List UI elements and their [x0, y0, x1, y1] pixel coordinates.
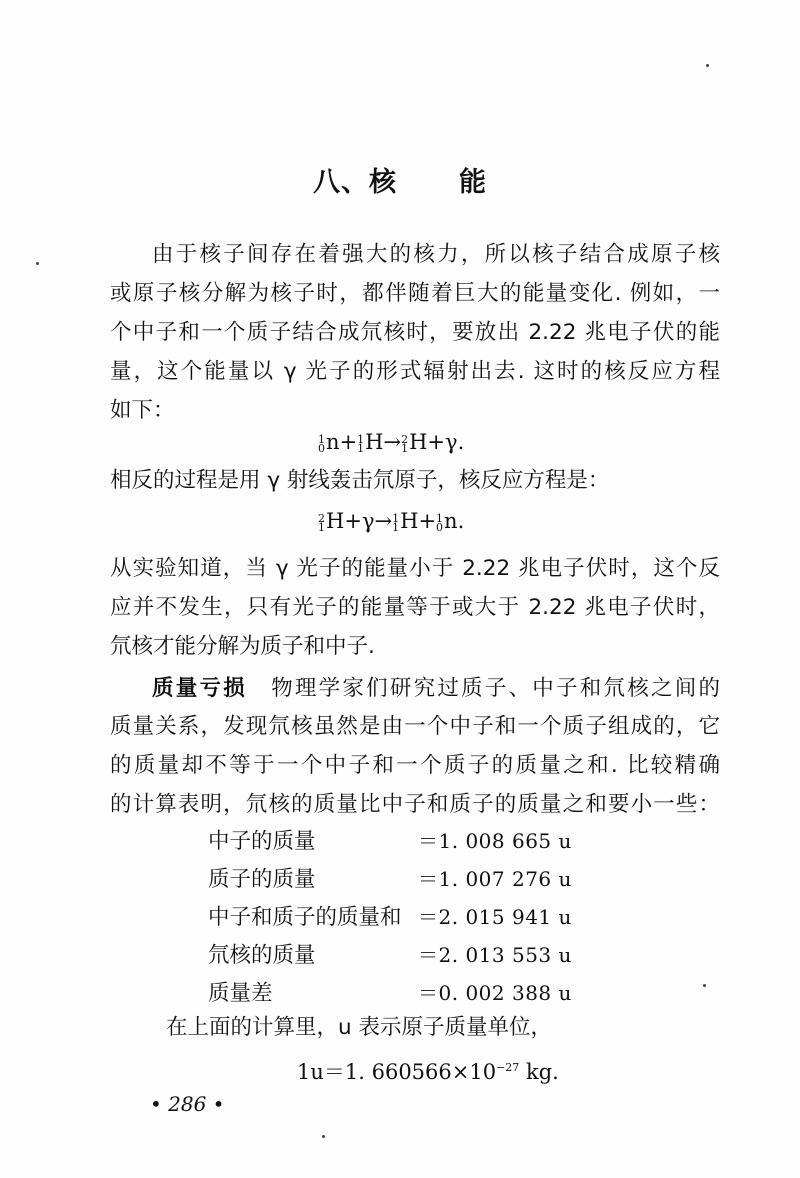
- mass-row: 氘核的质量＝2. 013 553 u: [208, 934, 572, 972]
- paragraph-line: 由于核子间存在着强大的核力，所以核子结合成原子核: [152, 240, 720, 270]
- chapter-title: 八、核能: [0, 160, 800, 199]
- scan-speck: [36, 262, 39, 265]
- paragraph-line: 应并不发生，只有光子的能量等于或大于 2.22 兆电子伏时，: [110, 593, 720, 623]
- mass-row: 质量差＝0. 002 388 u: [208, 972, 572, 1010]
- paragraph-line: 个中子和一个质子结合成氘核时，要放出 2.22 兆电子伏的能: [110, 318, 720, 348]
- paragraph-line: 质量关系，发现氘核虽然是由一个中子和一个质子组成的，它: [110, 712, 720, 742]
- page-number: • 286 •: [150, 1092, 224, 1116]
- paragraph-line: 如下：: [110, 396, 720, 426]
- paragraph-line: 的质量却不等于一个中子和一个质子的质量之和. 比较精确: [110, 751, 720, 781]
- atomic-mass-unit-equation: 1u＝1. 660566×10−27 kg.: [297, 1053, 559, 1087]
- book-page: 八、核能 由于核子间存在着强大的核力，所以核子结合成原子核 或原子核分解为核子时…: [0, 0, 800, 1178]
- mass-row: 中子和质子的质量和＝2. 015 941 u: [208, 896, 572, 934]
- paragraph-line: 的计算表明，氘核的质量比中子和质子的质量之和要小一些：: [110, 790, 720, 820]
- paragraph-line: 相反的过程是用 γ 射线轰击氘原子，核反应方程是：: [110, 466, 720, 496]
- arrow-icon: →: [375, 509, 393, 533]
- arrow-icon: →: [383, 430, 401, 454]
- scan-speck: [706, 64, 709, 67]
- nuclear-equation-fusion: 10n+11H→21H+γ.: [318, 427, 464, 457]
- paragraph-line: 从实验知道，当 γ 光子的能量小于 2.22 兆电子伏时，这个反: [110, 554, 720, 584]
- nuclear-equation-photodisintegration: 21H+γ→11H+10n.: [318, 506, 464, 536]
- scan-speck: [703, 984, 706, 987]
- paragraph-line: 在上面的计算里，u 表示原子质量单位，: [166, 1013, 776, 1043]
- chapter-title-part2: 能: [459, 167, 487, 198]
- paragraph-line: 或原子核分解为核子时，都伴随着巨大的能量变化. 例如，一: [110, 279, 720, 309]
- section-heading: 质量亏损: [152, 676, 247, 701]
- paragraph-line: 质量亏损物理学家们研究过质子、中子和氘核之间的: [152, 674, 720, 704]
- paragraph-line: 氘核才能分解为质子和中子.: [110, 632, 720, 662]
- scan-speck: [322, 1135, 325, 1138]
- paragraph-line: 量，这个能量以 γ 光子的形式辐射出去. 这时的核反应方程: [110, 357, 720, 387]
- mass-table: 中子的质量＝1. 008 665 u 质子的质量＝1. 007 276 u 中子…: [208, 820, 572, 1010]
- mass-row: 中子的质量＝1. 008 665 u: [208, 820, 572, 858]
- mass-row: 质子的质量＝1. 007 276 u: [208, 858, 572, 896]
- chapter-title-part1: 八、核: [313, 167, 397, 198]
